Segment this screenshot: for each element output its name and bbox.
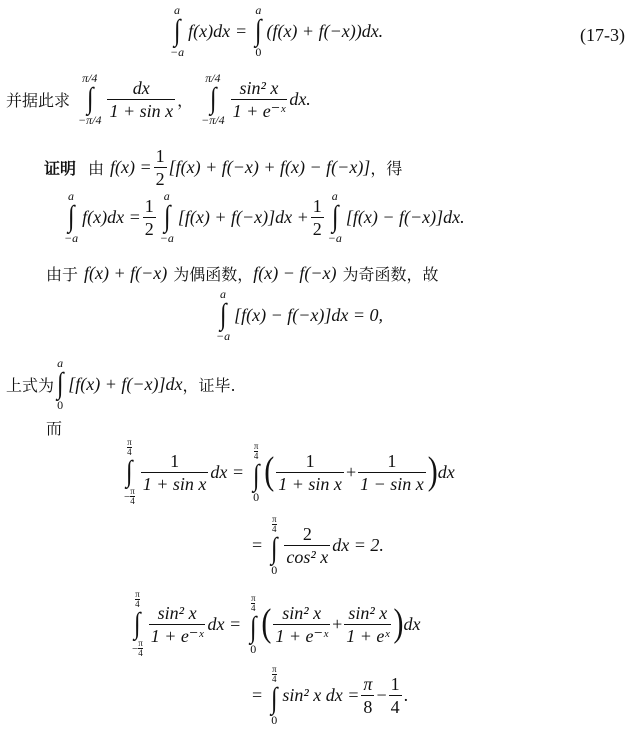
equation-number: (17-3) [580,25,625,46]
integral-sign: π/4∫−π/4 [78,72,101,126]
integral-sign: π4 ∫0 [270,515,278,576]
fraction: 12 [154,146,167,189]
fraction: 12 [311,196,324,239]
fraction: 11 + sin x [276,451,344,494]
fraction: sin² x1 + e⁻ˣ [149,603,206,646]
proof-label: 证明 [44,156,76,179]
fraction: sin² x1 + e⁻ˣ [231,78,288,121]
integral-sign: π4 ∫0 [270,665,278,726]
fraction: 2cos² x [284,524,330,567]
integral-sign: a∫−a [64,190,78,244]
integral-sign: a∫0 [56,357,64,411]
proof-line-6: 而 [46,416,62,439]
integral-sign: π4 ∫0 [249,594,257,655]
fraction: 11 − sin x [358,451,426,494]
proof-line-5: 上式为 a∫0 [f(x) + f(−x)]dx ，证毕. [6,357,236,411]
integral-sign: a∫−a [160,190,174,244]
proof-line-3: 由于 f(x) + f(−x) 为偶函数， f(x) − f(−x) 为奇函数，… [46,262,439,285]
integrand: (f(x) + f(−x))dx. [266,21,383,42]
integral-sign: π4 ∫ −π4 [132,590,143,658]
fraction: π8 [361,674,374,717]
fraction: sin² x1 + e⁻ˣ [273,603,330,646]
calc2-row1: π4 ∫ −π4 sin² x1 + e⁻ˣ dx = π4 ∫0 ( sin²… [130,590,420,658]
proof-line-2: a∫−a f(x)dx = 12 a∫−a [f(x) + f(−x)]dx +… [62,190,465,244]
proof-line-1: 证明 由 f(x) = 12 [f(x) + f(−x) + f(x) − f(… [44,146,402,189]
proof-line-4: a∫−a [f(x) − f(−x)]dx = 0, [214,288,383,342]
fraction: 14 [389,674,402,717]
integral-sign: π4 ∫ −π4 [124,438,135,506]
task-line: 并据此求 π/4∫−π/4 dx1 + sin x ， π/4∫−π/4 sin… [6,72,311,126]
fraction: dx1 + sin x [107,78,175,121]
integral-sign: a∫−a [328,190,342,244]
integral-sign: a∫0 [254,4,262,58]
calc1-row1: π4 ∫ −π4 11 + sin x dx = π4 ∫0 ( 11 + si… [122,438,455,506]
integral-sign: π/4∫−π/4 [201,72,224,126]
integral-sign: a∫−a [216,288,230,342]
calc1-row2: = π4 ∫0 2cos² x dx = 2. [252,515,384,576]
integrand: f(x)dx [188,21,230,42]
integral-sign: a∫−a [170,4,184,58]
integral-sign: π4 ∫0 [252,442,260,503]
fraction: 12 [143,196,156,239]
fraction: sin² x1 + eˣ [344,603,391,646]
equation-17-3: a∫−a f(x)dx = a∫0 (f(x) + f(−x))dx. [168,4,383,58]
calc2-row2: = π4 ∫0 sin² x dx = π8 − 14 . [252,665,408,726]
fraction: 11 + sin x [141,451,209,494]
